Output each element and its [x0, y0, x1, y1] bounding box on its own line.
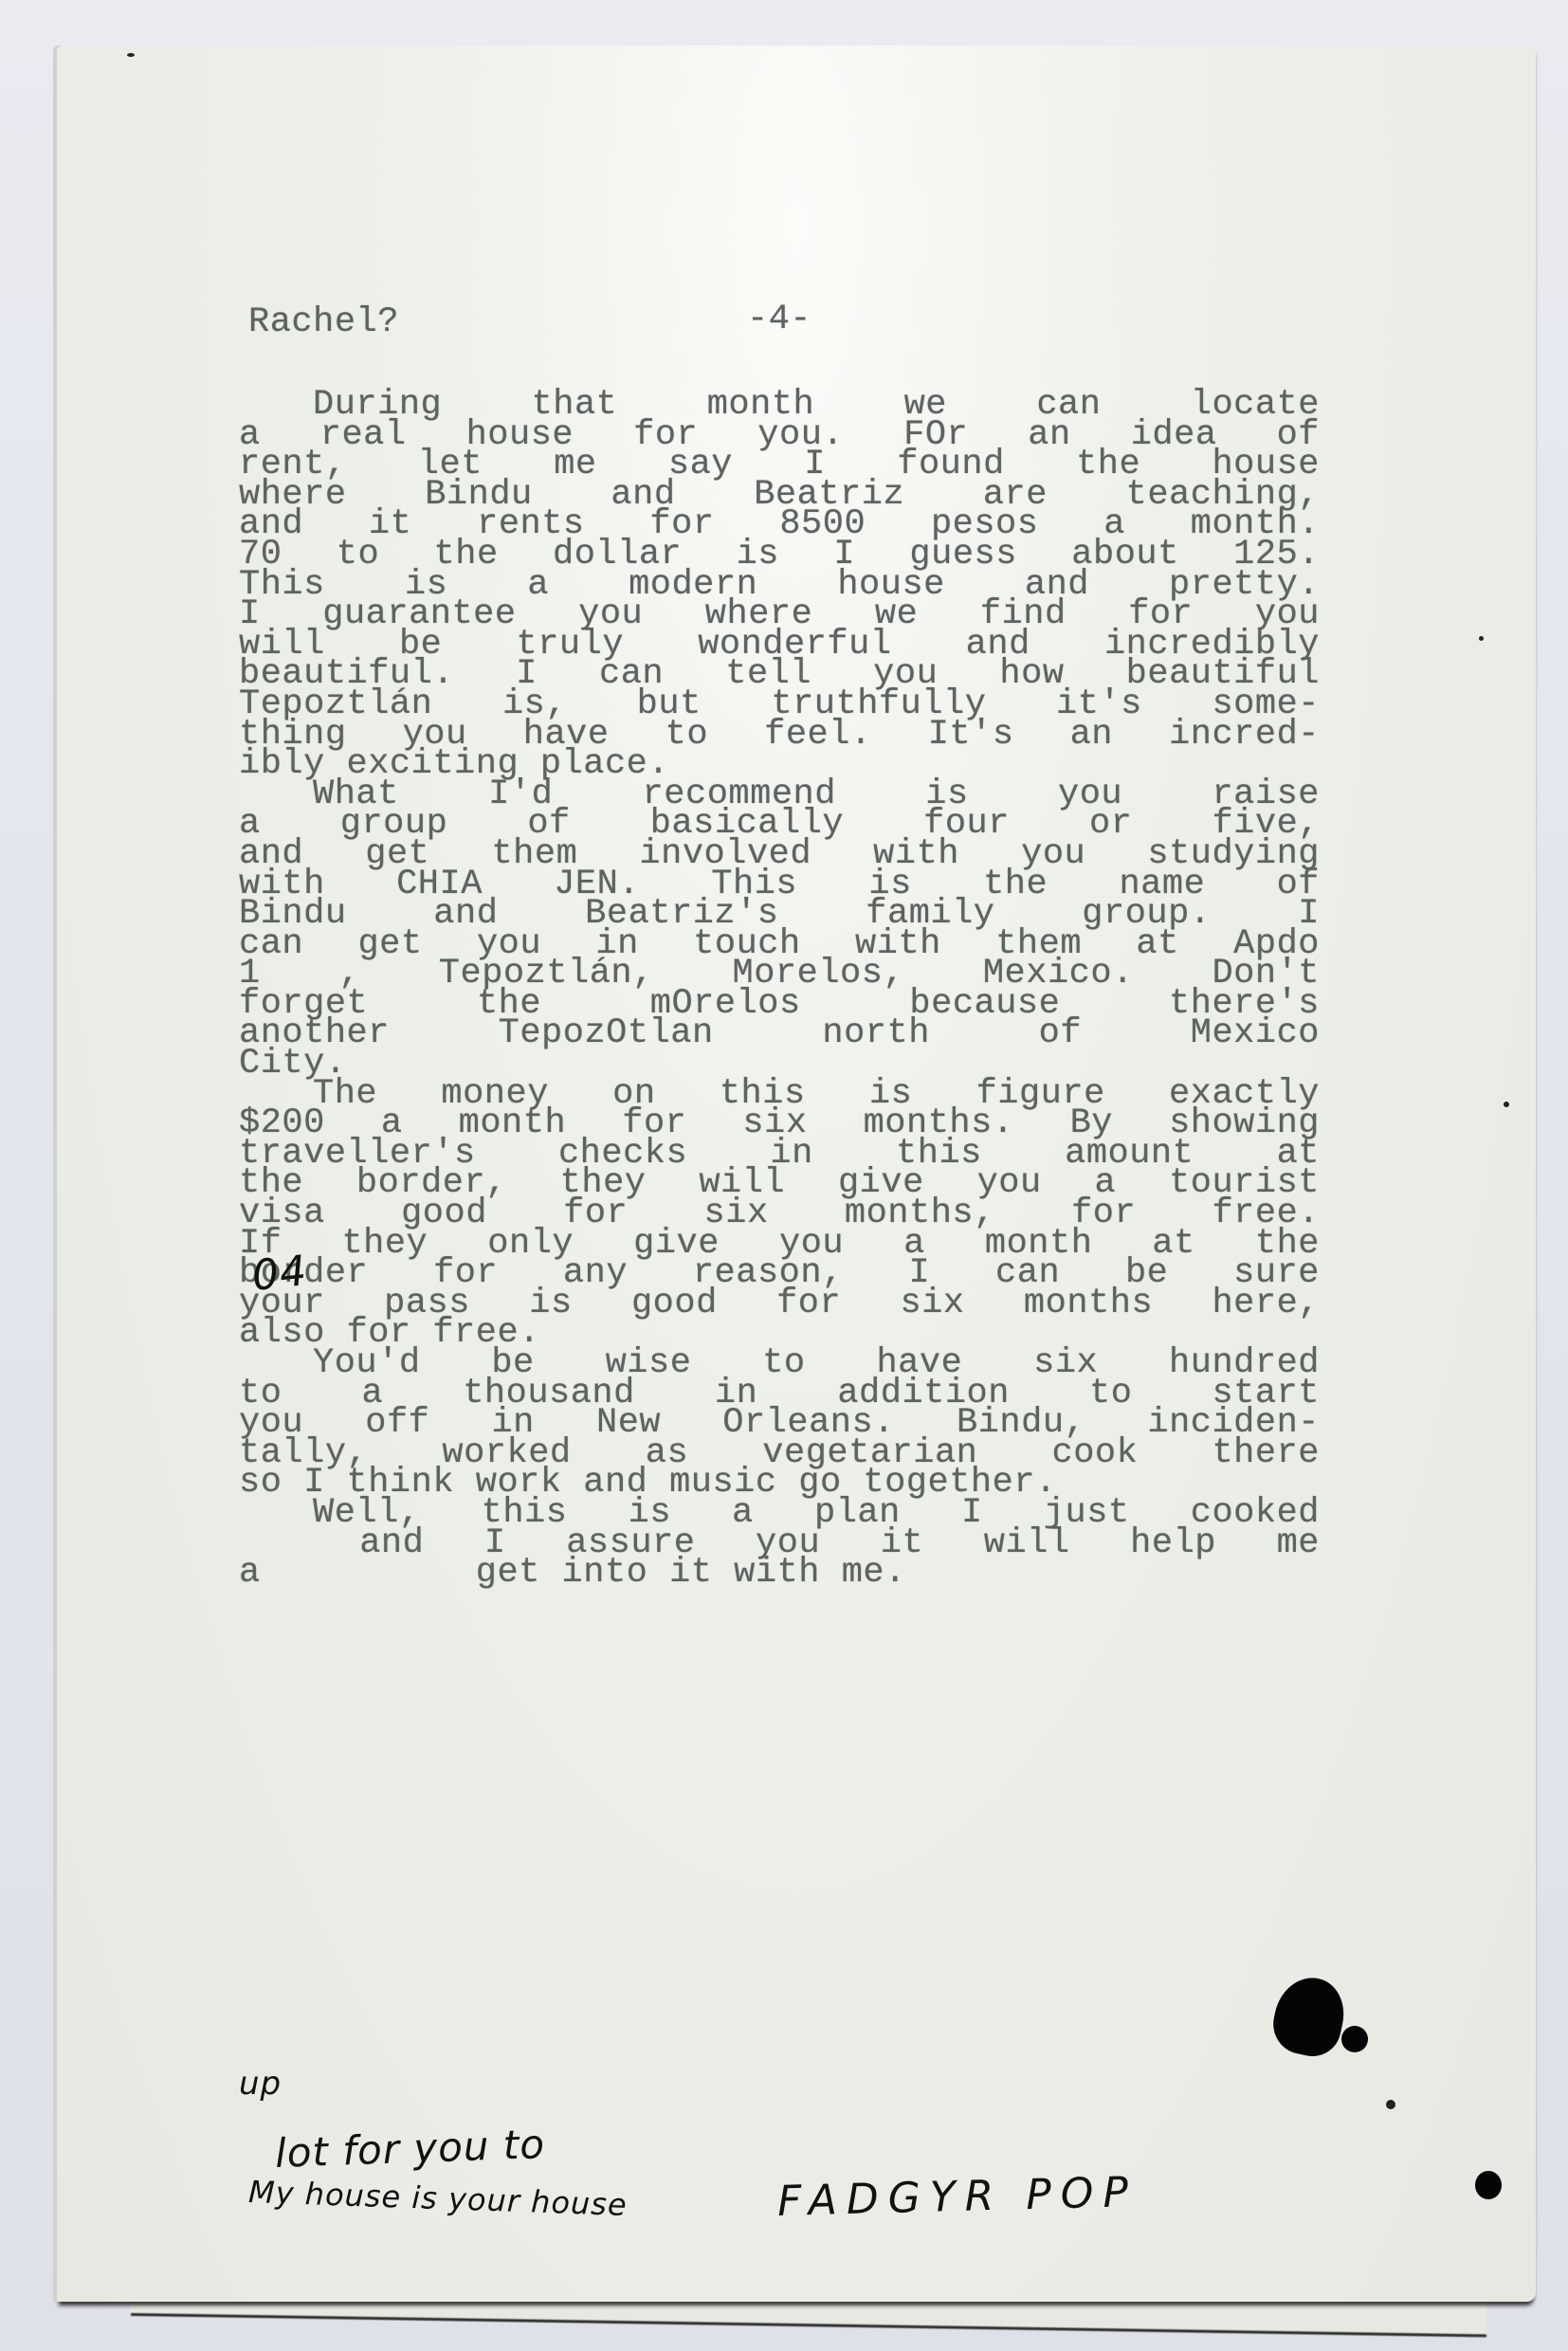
salutation-header: Rachel? [248, 308, 399, 338]
page-number: -4- [747, 305, 811, 336]
handwritten-margin-up: up [239, 2065, 282, 2103]
ink-speck [1386, 2100, 1395, 2109]
letter-body: During that month we can locatea real ho… [239, 391, 1320, 1589]
handwritten-insert-line: lot for you to [274, 2121, 546, 2177]
handwritten-apdo-number: 04 [249, 1247, 309, 1301]
ink-dot-right [1475, 2171, 1502, 2199]
ink-blot-small [1341, 2026, 1368, 2052]
handwritten-signature: FADGYR POP [776, 2168, 1138, 2226]
text-line: a get into it with me. [239, 1558, 1320, 1589]
ink-speck [1504, 1102, 1509, 1107]
ink-speck [127, 53, 135, 57]
text-line: another TepozOtlan north of Mexico [239, 1019, 1320, 1049]
ink-speck [1479, 636, 1484, 641]
